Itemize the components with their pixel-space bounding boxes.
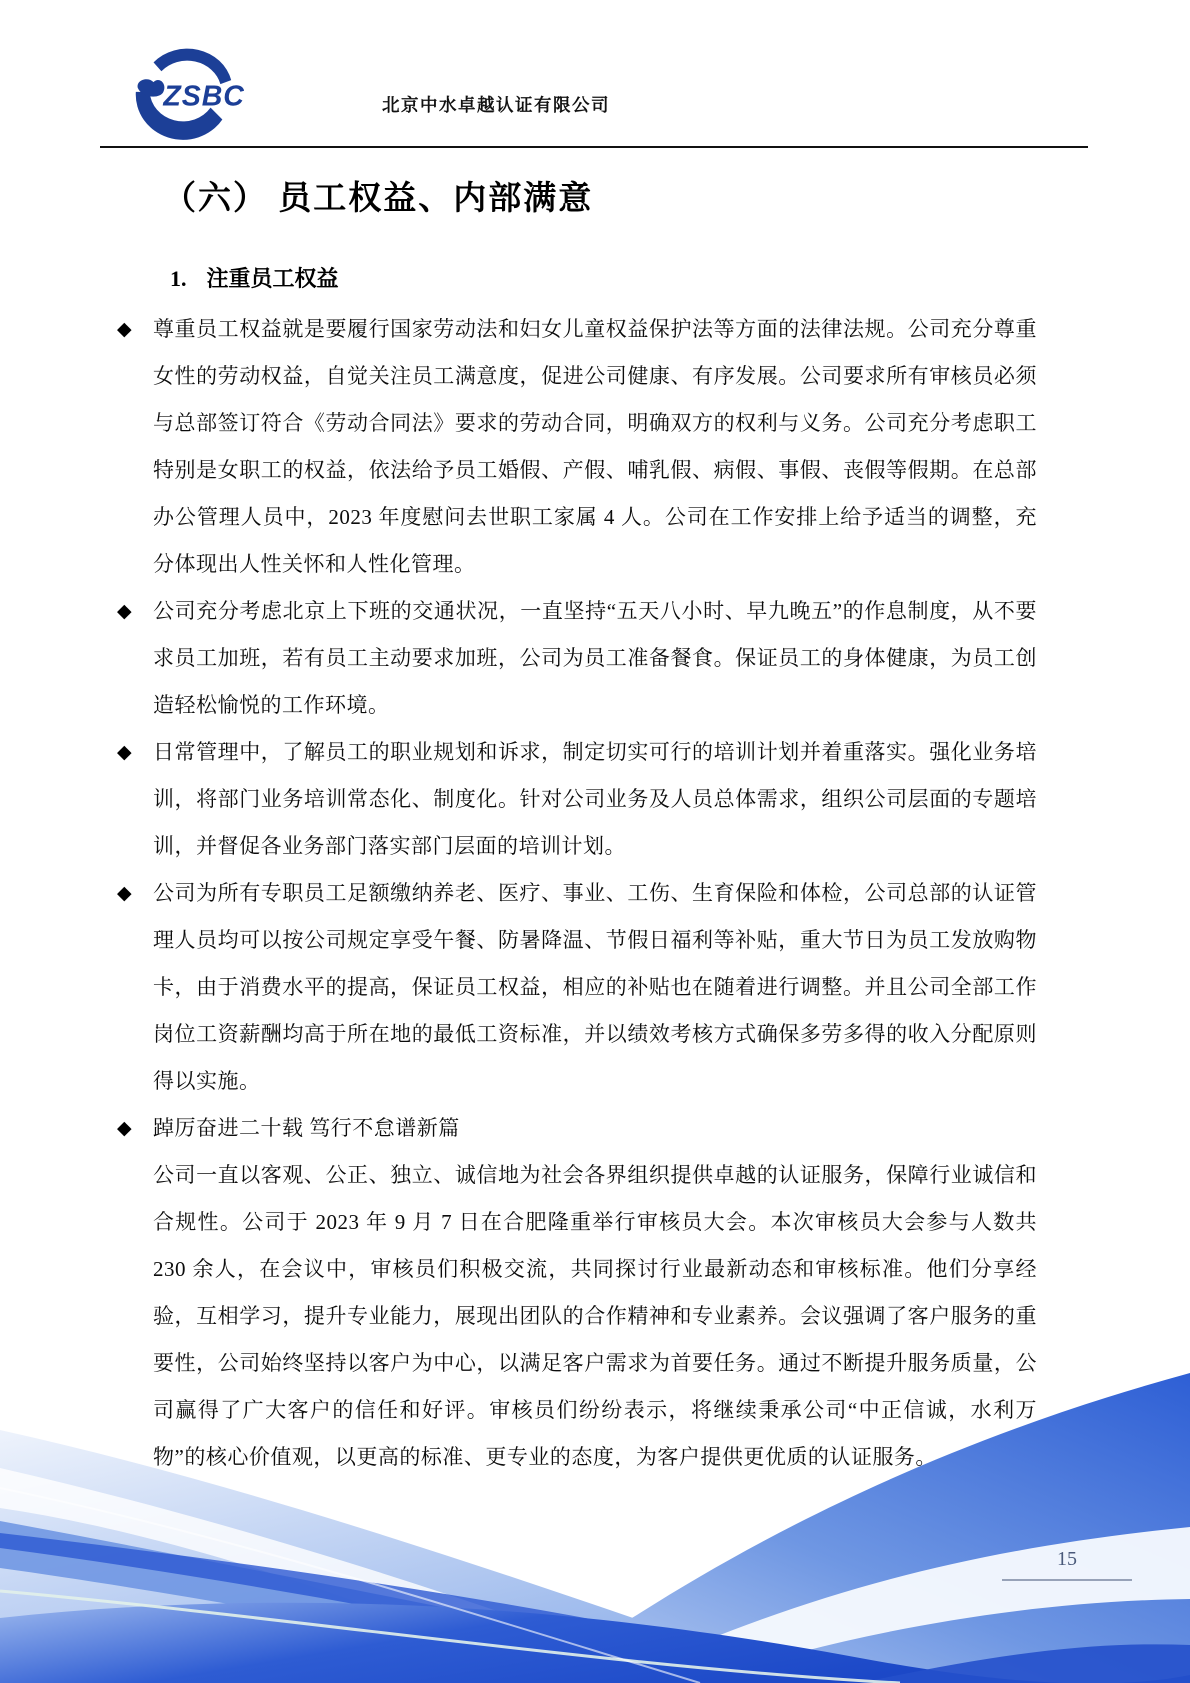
company-name: 北京中水卓越认证有限公司 — [382, 92, 610, 117]
header-divider — [100, 146, 1088, 148]
bullet-diamond-icon: ◆ — [117, 729, 153, 776]
list-item: ◆ 公司充分考虑北京上下班的交通状况，一直坚持“五天八小时、早九晚五”的作息制度… — [117, 588, 1037, 729]
company-logo: ZSBC — [126, 36, 244, 140]
list-item: ◆ 尊重员工权益就是要履行国家劳动法和妇女儿童权益保护法等方面的法律法规。公司充… — [117, 306, 1037, 588]
wave-shape — [0, 1533, 880, 1683]
bullet-heading: 踔厉奋进二十载 笃行不怠谱新篇 — [153, 1105, 1037, 1152]
section-heading: 1.注重员工权益 — [170, 262, 339, 293]
bullet-text: 尊重员工权益就是要履行国家劳动法和妇女儿童权益保护法等方面的法律法规。公司充分尊… — [153, 306, 1037, 588]
bullet-text: 公司一直以客观、公正、独立、诚信地为社会各界组织提供卓越的认证服务，保障行业诚信… — [153, 1152, 1037, 1481]
bullet-diamond-icon: ◆ — [117, 870, 153, 917]
bullet-diamond-icon: ◆ — [117, 1105, 153, 1152]
wave-shape — [0, 1603, 1190, 1683]
section-title: 注重员工权益 — [207, 266, 339, 291]
page-title: （六） 员工权益、内部满意 — [163, 172, 593, 219]
bullet-list: ◆ 尊重员工权益就是要履行国家劳动法和妇女儿童权益保护法等方面的法律法规。公司充… — [117, 306, 1037, 1481]
document-page: { "header": { "logo_text": "ZSBC", "comp… — [0, 0, 1190, 1683]
bullet-text: 日常管理中，了解员工的职业规划和诉求，制定切实可行的培训计划并着重落实。强化业务… — [153, 729, 1037, 870]
list-item: ◆ 踔厉奋进二十载 笃行不怠谱新篇 公司一直以客观、公正、独立、诚信地为社会各界… — [117, 1105, 1037, 1481]
list-item: ◆ 公司为所有专职员工足额缴纳养老、医疗、事业、工伤、生育保险和体检，公司总部的… — [117, 870, 1037, 1105]
wave-accent-line — [0, 1488, 700, 1683]
logo-wordmark: ZSBC — [162, 81, 244, 113]
wave-shape — [860, 1644, 1190, 1683]
bullet-diamond-icon: ◆ — [117, 588, 153, 635]
list-item: ◆ 日常管理中，了解员工的职业规划和诉求，制定切实可行的培训计划并着重落实。强化… — [117, 729, 1037, 870]
bullet-text: 公司为所有专职员工足额缴纳养老、医疗、事业、工伤、生育保险和体检，公司总部的认证… — [153, 870, 1037, 1105]
section-number: 1. — [170, 266, 187, 292]
logo-top-arc — [154, 49, 232, 84]
page-number: 15 — [1002, 1548, 1132, 1581]
wave-accent-line — [0, 1591, 900, 1683]
wave-shape — [0, 1468, 700, 1683]
bullet-text: 公司充分考虑北京上下班的交通状况，一直坚持“五天八小时、早九晚五”的作息制度，从… — [153, 588, 1037, 729]
wave-shape — [0, 1521, 840, 1683]
bullet-diamond-icon: ◆ — [117, 306, 153, 353]
